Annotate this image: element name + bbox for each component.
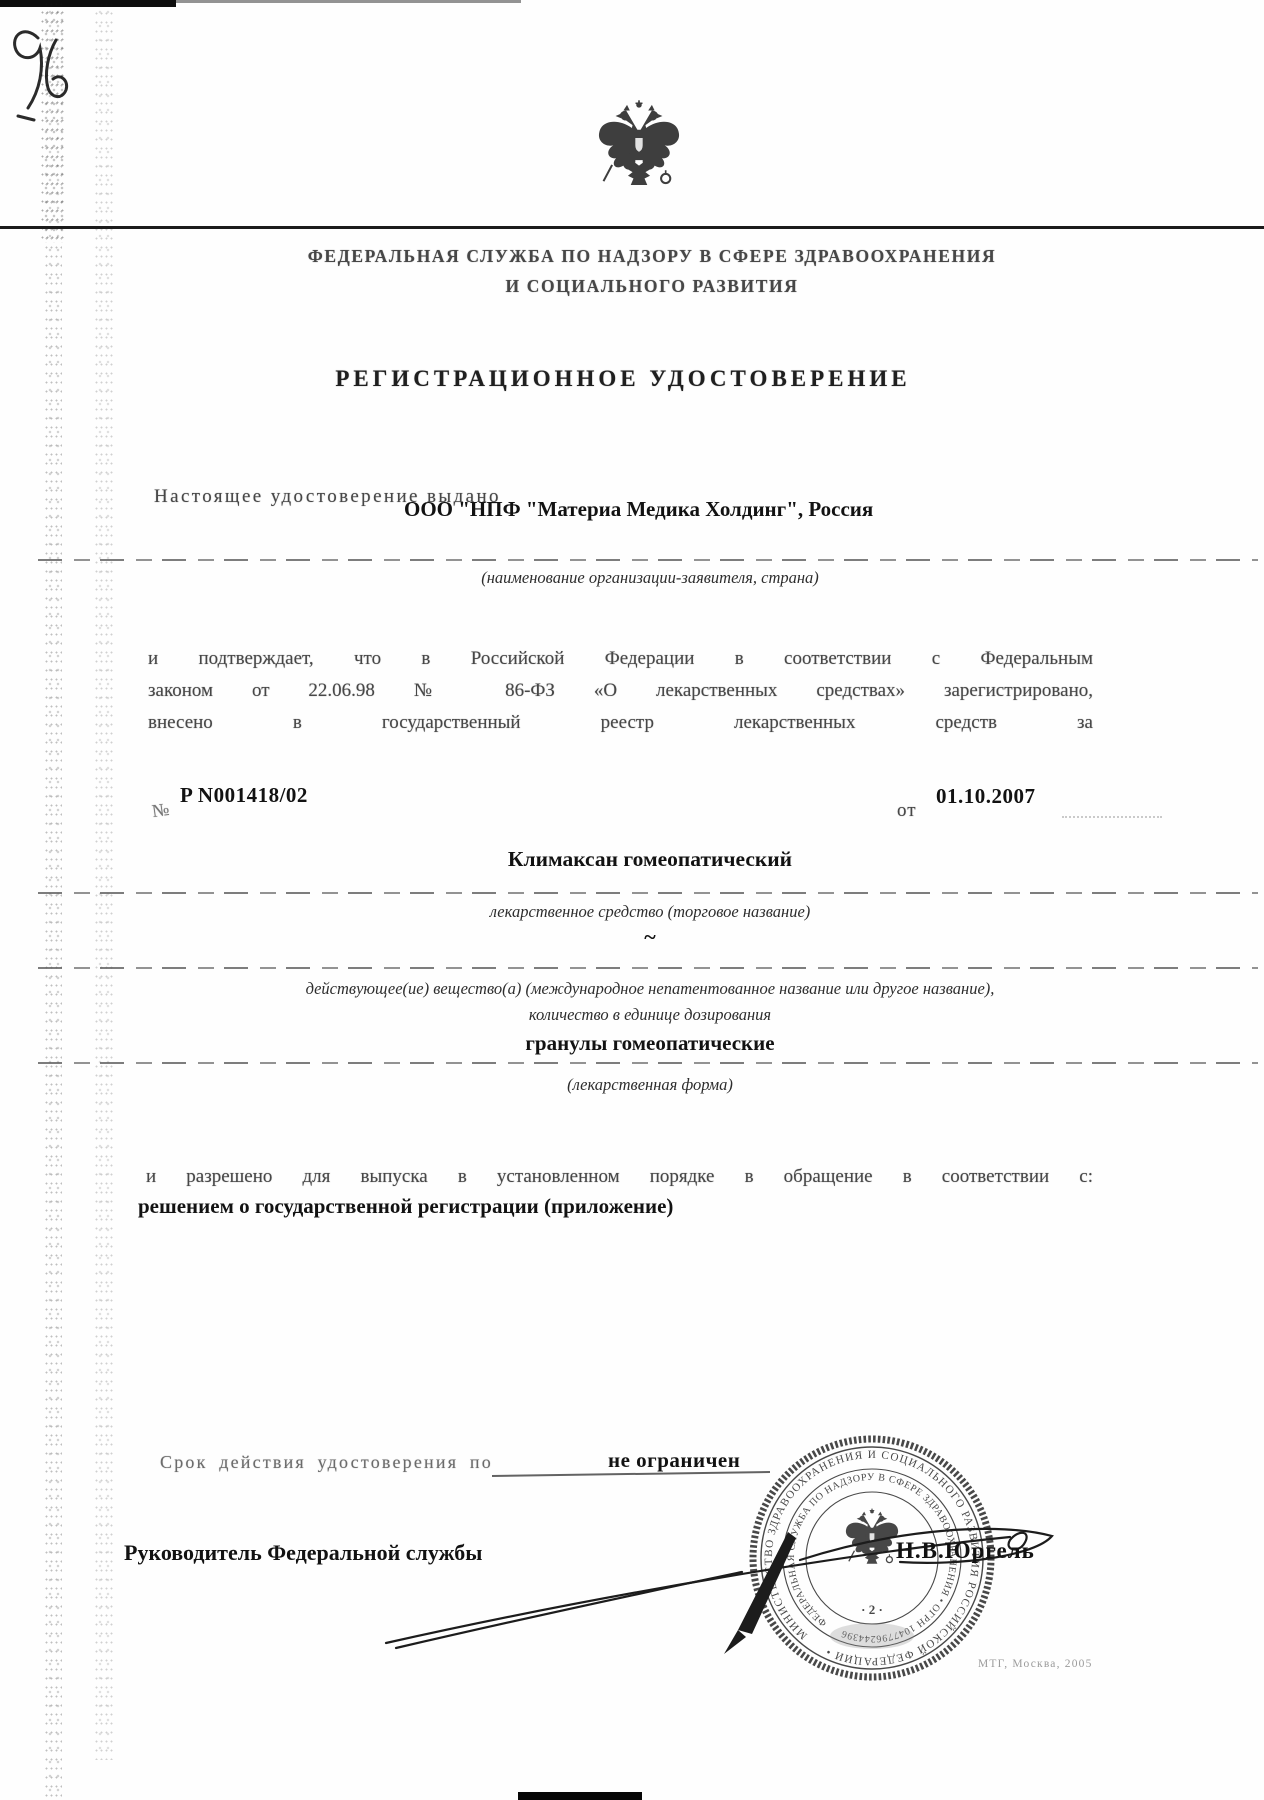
- divider-dashed: [38, 1062, 1258, 1064]
- statement-line2: законом от 22.06.98 № 86-ФЗ «О лекарстве…: [148, 680, 1093, 702]
- signoff-title: Руководитель Федеральной службы: [124, 1540, 482, 1566]
- trade-name-value: Климаксан гомеопатический: [36, 847, 1264, 872]
- date-dotted-trail: [1062, 816, 1162, 818]
- release-statement-line2: решением о государственной регистрации (…: [138, 1194, 673, 1219]
- validity-label: Срок действия удостоверения по: [160, 1452, 493, 1473]
- scan-edge-smudge: [0, 0, 176, 7]
- scan-noise-band-left: [44, 0, 62, 1800]
- substance-caption-line1: действующее(ие) вещество(а) (международн…: [36, 979, 1264, 999]
- dosage-form-caption: (лекарственная форма): [36, 1075, 1264, 1095]
- scan-edge-smudge-light: [176, 0, 521, 3]
- divider-dashed: [38, 892, 1258, 894]
- registration-date-label: от: [897, 800, 917, 822]
- substance-value: ~: [36, 924, 1264, 950]
- holder-caption: (наименование организации-заявителя, стр…: [36, 568, 1264, 588]
- divider-dashed: [38, 559, 1258, 561]
- header-rule: [0, 226, 1264, 229]
- registration-number-value: P N001418/02: [180, 783, 308, 808]
- trade-name-caption: лекарственное средство (торговое названи…: [36, 902, 1264, 922]
- document-title: РЕГИСТРАЦИОННОЕ УДОСТОВЕРЕНИЕ: [0, 366, 1246, 392]
- russia-coat-of-arms-icon: [593, 96, 685, 204]
- registration-number-label: №: [151, 799, 171, 822]
- signoff-name: Н.В.Юргель: [896, 1538, 1035, 1564]
- divider-dashed: [38, 967, 1258, 969]
- signature: [370, 1495, 1070, 1665]
- holder-name-value: ООО "НПФ "Материа Медика Холдинг", Росси…: [404, 497, 873, 522]
- statement-line3: внесено в государственный реестр лекарст…: [148, 712, 1093, 734]
- scan-bottom-mark: [518, 1792, 642, 1800]
- release-statement-line1: и разрешено для выпуска в установленном …: [146, 1166, 1093, 1188]
- authority-name-line2: И СОЦИАЛЬНОГО РАЗВИТИЯ: [40, 276, 1264, 297]
- authority-name-line1: ФЕДЕРАЛЬНАЯ СЛУЖБА ПО НАДЗОРУ В СФЕРЕ ЗД…: [40, 246, 1264, 267]
- dosage-form-value: гранулы гомеопатические: [36, 1031, 1264, 1056]
- substance-caption-line2: количество в единице дозирования: [36, 1005, 1264, 1025]
- validity-value: не ограничен: [608, 1448, 740, 1473]
- handwritten-number-mark: [4, 16, 78, 132]
- statement-line1: и подтверждает, что в Российской Федерац…: [148, 648, 1093, 670]
- certificate-page: ФЕДЕРАЛЬНАЯ СЛУЖБА ПО НАДЗОРУ В СФЕРЕ ЗД…: [0, 0, 1264, 1800]
- registration-date-value: 01.10.2007: [936, 784, 1036, 809]
- printer-note: МТГ, Москва, 2005: [978, 1658, 1093, 1670]
